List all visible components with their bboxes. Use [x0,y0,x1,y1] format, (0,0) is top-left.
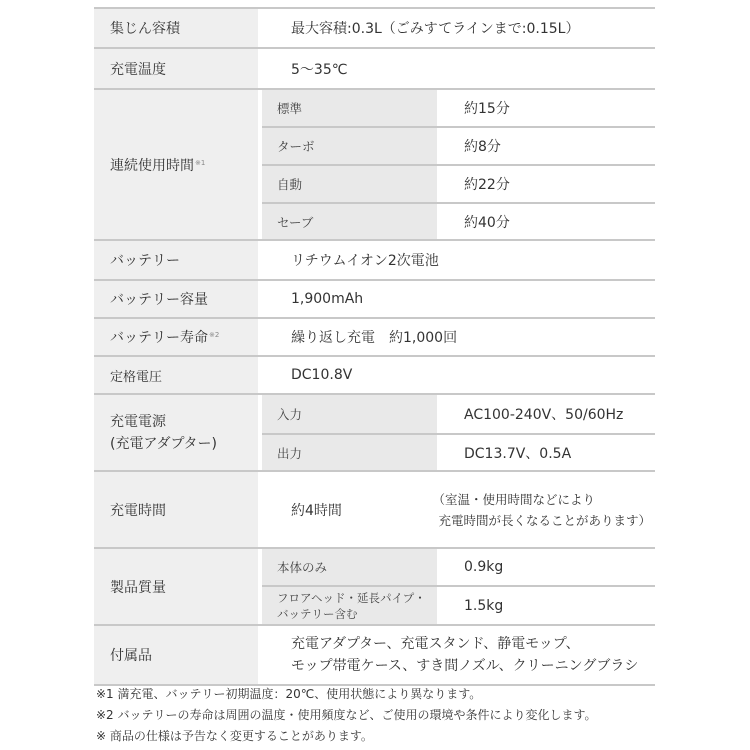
footnote-3: ※ 商品の仕様は予告なく変更することがあります。 [96,726,597,747]
sub-label: フロアヘッド・延長パイプ・ バッテリー含む [262,587,437,624]
row-label: バッテリー容量 [94,281,258,317]
sub-value: DC13.7V、0.5A [437,435,655,470]
charge-time-value: 約4時間 [291,500,342,520]
footnotes: ※1 満充電、バッテリー初期温度：20℃、使用状態により異なります。 ※2 バッ… [96,684,597,747]
sub-label-line2: バッテリー含む [277,606,426,622]
sub-value: 約22分 [437,166,655,202]
row-label: 充電電源 (充電アダプター) [94,395,258,470]
sub-label: セーブ [262,204,437,239]
row-label-text: 連続使用時間 [110,155,194,175]
row-product-weight: 製品質量 本体のみ 0.9kg フロアヘッド・延長パイプ・ バッテリー含む 1.… [94,547,655,624]
row-label: 付属品 [94,626,258,684]
row-value: 5～35℃ [258,49,655,88]
row-label-text: バッテリー寿命 [110,327,208,347]
sub-value: 1.5kg [437,587,655,624]
row-label: 充電温度 [94,49,258,88]
sub-value: 約8分 [437,128,655,164]
row-label: 集じん容積 [94,9,258,47]
row-label: 充電時間 [94,472,258,547]
value-line2: モップ帯電ケース、すき間ノズル、クリーニングブラシ [291,655,638,677]
sub-label: 入力 [262,395,437,433]
row-battery-life: バッテリー寿命※2 繰り返し充電 約1,000回 [94,317,655,355]
row-value: 1,900mAh [258,281,655,317]
note-line1: （室温・使用時間などにより [432,489,651,510]
row-value: DC10.8V [258,357,655,393]
sub-label: ターボ [262,128,437,164]
spec-table: 集じん容積 最大容積:0.3L（ごみすてラインまで:0.15L） 充電温度 5～… [94,7,655,686]
row-dust-capacity: 集じん容積 最大容積:0.3L（ごみすてラインまで:0.15L） [94,7,655,47]
row-label-line1: 充電電源 [110,411,217,433]
note-ref: ※2 [209,331,219,339]
row-value: 繰り返し充電 約1,000回 [258,319,655,355]
row-label: バッテリー寿命※2 [94,319,258,355]
sub-value: AC100-240V、50/60Hz [437,395,655,433]
footnote-2: ※2 バッテリーの寿命は周囲の温度・使用頻度など、ご使用の環境や条件により変化し… [96,705,597,726]
row-runtime: 連続使用時間※1 標準 約15分 ターボ 約8分 自動 約22分 セーブ 約40… [94,88,655,239]
weight-specs: 本体のみ 0.9kg フロアヘッド・延長パイプ・ バッテリー含む 1.5kg [258,549,655,624]
sub-label: 本体のみ [262,549,437,585]
row-value: 最大容積:0.3L（ごみすてラインまで:0.15L） [258,9,655,47]
mode-standard: 標準 約15分 [262,90,655,126]
row-value: リチウムイオン2次電池 [258,241,655,279]
mode-turbo: ターボ 約8分 [262,126,655,164]
sub-value: 約15分 [437,90,655,126]
note-ref: ※1 [195,159,205,167]
power-output: 出力 DC13.7V、0.5A [262,433,655,470]
row-value: 充電アダプター、充電スタンド、静電モップ、 モップ帯電ケース、すき間ノズル、クリ… [258,626,655,684]
note-line2: 充電時間が長くなることがあります） [432,510,651,531]
row-rated-voltage: 定格電圧 DC10.8V [94,355,655,393]
weight-body-only: 本体のみ 0.9kg [262,549,655,585]
row-label: 連続使用時間※1 [94,90,258,239]
power-input: 入力 AC100-240V、50/60Hz [262,395,655,433]
charge-time-note: （室温・使用時間などにより 充電時間が長くなることがあります） [432,489,655,531]
row-accessories: 付属品 充電アダプター、充電スタンド、静電モップ、 モップ帯電ケース、すき間ノズ… [94,624,655,686]
value-line1: 充電アダプター、充電スタンド、静電モップ、 [291,633,638,655]
row-label: 定格電圧 [94,357,258,393]
sub-value: 0.9kg [437,549,655,585]
row-label: 製品質量 [94,549,258,624]
footnote-1: ※1 満充電、バッテリー初期温度：20℃、使用状態により異なります。 [96,684,597,705]
sub-value: 約40分 [437,204,655,239]
row-label: バッテリー [94,241,258,279]
row-charge-time: 充電時間 約4時間 （室温・使用時間などにより 充電時間が長くなることがあります… [94,470,655,547]
mode-save: セーブ 約40分 [262,202,655,239]
row-power-source: 充電電源 (充電アダプター) 入力 AC100-240V、50/60Hz 出力 … [94,393,655,470]
sub-label: 標準 [262,90,437,126]
runtime-modes: 標準 約15分 ターボ 約8分 自動 約22分 セーブ 約40分 [258,90,655,239]
sub-label: 出力 [262,435,437,470]
mode-auto: 自動 約22分 [262,164,655,202]
row-label-line2: (充電アダプター) [110,433,217,455]
sub-label: 自動 [262,166,437,202]
row-value: 約4時間 （室温・使用時間などにより 充電時間が長くなることがあります） [258,472,655,547]
row-charge-temperature: 充電温度 5～35℃ [94,47,655,88]
sub-label-line1: フロアヘッド・延長パイプ・ [277,590,426,606]
power-specs: 入力 AC100-240V、50/60Hz 出力 DC13.7V、0.5A [258,395,655,470]
weight-with-accessories: フロアヘッド・延長パイプ・ バッテリー含む 1.5kg [262,585,655,624]
row-battery: バッテリー リチウムイオン2次電池 [94,239,655,279]
row-battery-capacity: バッテリー容量 1,900mAh [94,279,655,317]
